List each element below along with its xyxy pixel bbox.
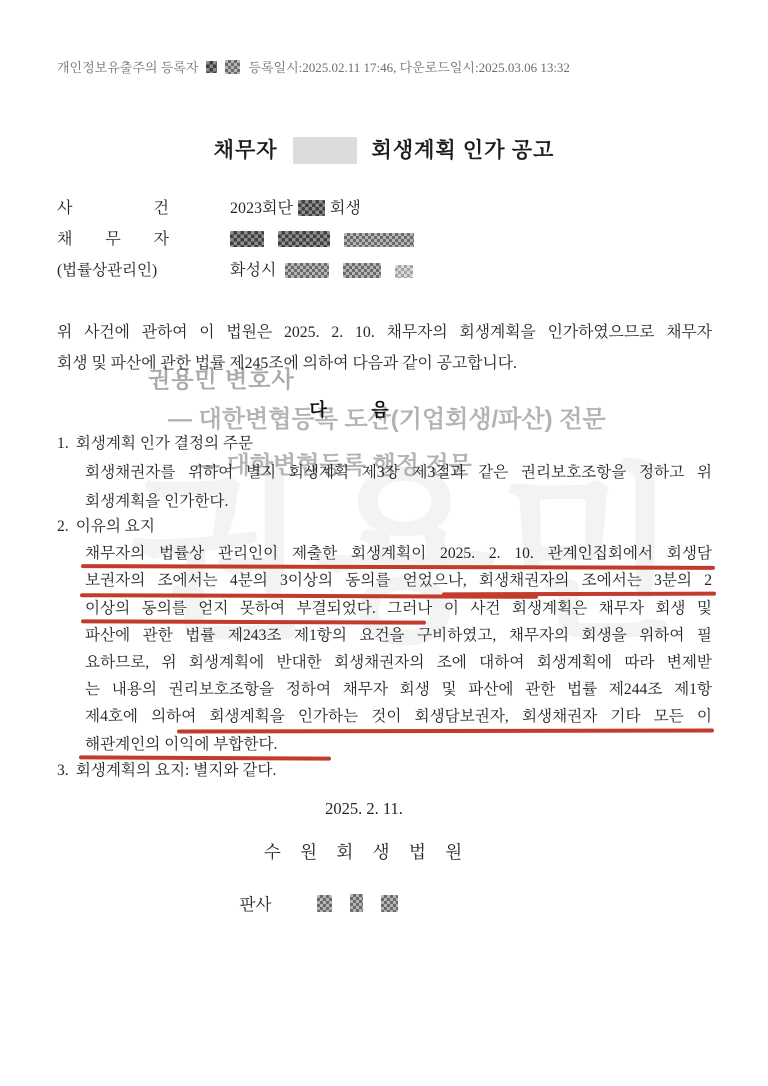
debtor-value bbox=[230, 224, 419, 255]
section-3-number: 3. bbox=[57, 762, 69, 779]
legal-manager-row: (법률상관리인) 화성시 bbox=[57, 255, 712, 286]
section-2-title: 이유의 요지 bbox=[76, 518, 155, 535]
section-2-line-4: 파산에 관한 법률 제243조 제1항의 요건을 구비하였고, 채무자의 회생을… bbox=[85, 622, 712, 649]
intro-line-2: 회생 및 파산에 관한 법률 제245조에 의하여 다음과 같이 공고합니다. bbox=[57, 348, 712, 379]
judge-label: 판사 bbox=[240, 891, 272, 915]
redacted-registrant-name-2 bbox=[225, 60, 240, 74]
privacy-warning-label: 개인정보유출주의 등록자 bbox=[57, 57, 198, 76]
section-2-line-7: 제4호에 의하여 회생계획을 인가하는 것이 회생담보권자, 회생채권자 기타 … bbox=[85, 703, 712, 730]
section-2-line-8: 해관계인의 이익에 부합한다. bbox=[85, 731, 712, 758]
section-1-title: 회생계획 인가 결정의 주문 bbox=[76, 435, 253, 452]
section-3: 3.회생계획의 요지: 별지와 같다. bbox=[57, 757, 712, 784]
case-number-suffix: 회생 bbox=[330, 200, 361, 217]
case-number-prefix: 2023회단 bbox=[230, 200, 293, 217]
section-3-heading: 3.회생계획의 요지: 별지와 같다. bbox=[57, 757, 712, 784]
case-number-label: 사 건 bbox=[57, 193, 169, 224]
document-title: 채무자회생계획 인가 공고 bbox=[0, 134, 768, 164]
case-number-row: 사 건 2023회단회생 bbox=[57, 193, 712, 224]
scanned-court-notice-page: 개인정보유출주의 등록자 등록일시:2025.02.11 17:46, 다운로드… bbox=[0, 0, 768, 1086]
redacted-case-number bbox=[298, 200, 325, 216]
intro-paragraph: 위 사건에 관하여 이 법원은 2025. 2. 10. 채무자의 회생계획을 … bbox=[57, 317, 712, 379]
case-number-value: 2023회단회생 bbox=[230, 193, 361, 224]
debtor-label: 채 무 자 bbox=[57, 224, 169, 255]
section-3-title: 회생계획의 요지: 별지와 같다. bbox=[76, 762, 277, 779]
section-2-number: 2. bbox=[57, 518, 69, 535]
redacted-judge-name bbox=[317, 895, 332, 912]
redacted-judge-name-2 bbox=[350, 894, 363, 912]
registration-download-meta: 등록일시:2025.02.11 17:46, 다운로드일시:2025.03.06… bbox=[248, 57, 570, 76]
address-city: 화성시 bbox=[230, 262, 276, 279]
section-2-line-2: 보권자의 조에서는 4분의 3이상의 동의를 얻었으나, 회생채권자의 조에서는… bbox=[85, 567, 712, 594]
privacy-header: 개인정보유출주의 등록자 등록일시:2025.02.11 17:46, 다운로드… bbox=[57, 57, 738, 76]
court-name: 수 원 회 생 법 원 bbox=[0, 839, 728, 864]
redacted-debtor-name-box bbox=[293, 137, 357, 164]
legal-manager-label: (법률상관리인) bbox=[57, 255, 187, 286]
redacted-address-3 bbox=[395, 265, 413, 278]
intro-line-1: 위 사건에 관하여 이 법원은 2025. 2. 10. 채무자의 회생계획을 … bbox=[57, 317, 712, 348]
title-suffix: 회생계획 인가 공고 bbox=[372, 138, 555, 162]
section-2-line-3: 이상의 동의를 얻지 못하여 부결되었다. 그러나 이 사건 회생계획은 채무자… bbox=[85, 595, 712, 622]
redacted-address bbox=[285, 263, 329, 278]
redacted-registrant-name bbox=[206, 61, 217, 73]
decision-date: 2025. 2. 11. bbox=[0, 799, 728, 819]
section-1-number: 1. bbox=[57, 435, 69, 452]
daeum-heading: 다 음 bbox=[0, 396, 698, 422]
redacted-debtor-name bbox=[230, 231, 264, 247]
debtor-row: 채 무 자 bbox=[57, 224, 712, 255]
title-prefix: 채무자 bbox=[214, 138, 278, 162]
section-1-heading: 1.회생계획 인가 결정의 주문 bbox=[57, 429, 712, 458]
redacted-debtor-name-3 bbox=[344, 233, 414, 247]
legal-manager-address: 화성시 bbox=[230, 255, 418, 286]
redacted-debtor-name-2 bbox=[278, 231, 330, 247]
section-1: 1.회생계획 인가 결정의 주문 회생채권자를 위하여 별지 회생계획 제3장 … bbox=[57, 429, 712, 516]
section-2-line-6: 는 내용의 권리보호조항을 정하여 채무자 회생 및 파산에 관한 법률 제24… bbox=[85, 676, 712, 703]
section-1-line-2: 회생계획을 인가한다. bbox=[85, 487, 712, 516]
section-1-line-1: 회생채권자를 위하여 별지 회생계획 제3장 제3절과 같은 권리보호조항을 정… bbox=[85, 458, 712, 487]
judge-row: 판사 bbox=[0, 891, 638, 915]
redacted-address-2 bbox=[343, 263, 381, 278]
redacted-judge-name-group bbox=[317, 894, 398, 912]
section-2-heading: 2.이유의 요지 bbox=[57, 513, 712, 540]
section-2: 2.이유의 요지 채무자의 법률상 관리인이 제출한 회생계획이 2025. 2… bbox=[57, 513, 712, 758]
section-2-line-1: 채무자의 법률상 관리인이 제출한 회생계획이 2025. 2. 10. 관계인… bbox=[85, 540, 712, 567]
redacted-judge-name-3 bbox=[381, 895, 398, 912]
case-info-block: 사 건 2023회단회생 채 무 자 (법률상관리인) 화성시 bbox=[57, 193, 712, 286]
section-2-line-5: 요하므로, 위 회생계획에 반대한 회생채권자의 조에 대하여 회생계획에 따라… bbox=[85, 649, 712, 676]
